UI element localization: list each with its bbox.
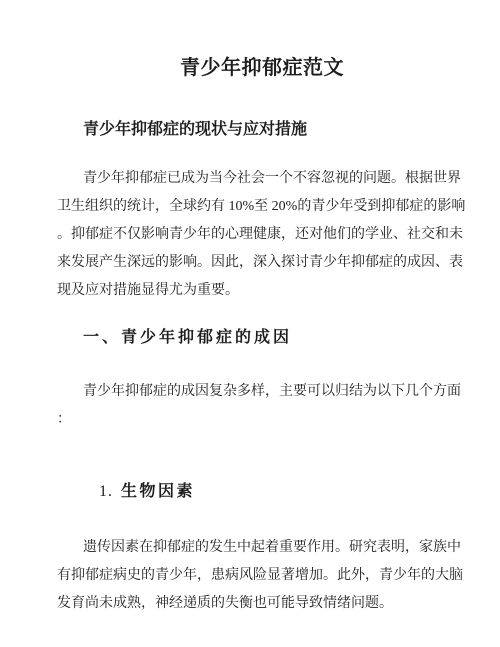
text-line: 青少年抑郁症的成因复杂多样，主要可以归结为以下几个方面	[57, 378, 500, 406]
intro-paragraph: 青少年抑郁症已成为当今社会一个不容忽视的问题。根据世界 卫生组织的统计，全球约有…	[57, 165, 500, 305]
subsection-heading-biological-factors: 1.生物因素	[57, 450, 500, 534]
text-line: 有抑郁症病史的青少年，患病风险显著增加。此外，青少年的大脑	[57, 562, 500, 590]
text-line: 发育尚未成熟，神经递质的失衡也可能导致情绪问题。	[57, 590, 500, 618]
text-line: 。抑郁症不仅影响青少年的心理健康，还对他们的学业、社交和未	[57, 221, 500, 249]
biological-factors-paragraph: 遗传因素在抑郁症的发生中起着重要作用。研究表明，家族中 有抑郁症病史的青少年，患…	[57, 534, 500, 618]
text-line: 青少年抑郁症已成为当今社会一个不容忽视的问题。根据世界	[57, 165, 500, 193]
text-line: 卫生组织的统计，全球约有 10%至 20%的青少年受到抑郁症的影响	[57, 193, 500, 221]
subsection-number: 1.	[99, 483, 113, 500]
text-line: 来发展产生深远的影响。因此，深入探讨青少年抑郁症的成因、表	[57, 249, 500, 277]
document-page: 青少年抑郁症范文 青少年抑郁症的现状与应对措施 青少年抑郁症已成为当今社会一个不…	[0, 0, 500, 647]
document-subtitle: 青少年抑郁症的现状与应对措施	[57, 116, 500, 144]
text-line: ：	[57, 406, 500, 434]
section-heading-causes: 一、青少年抑郁症的成因	[57, 324, 500, 352]
causes-lead-paragraph: 青少年抑郁症的成因复杂多样，主要可以归结为以下几个方面 ：	[57, 378, 500, 434]
text-line: 现及应对措施显得尤为重要。	[57, 277, 500, 305]
subsection-title: 生物因素	[121, 483, 195, 500]
document-title: 青少年抑郁症范文	[0, 53, 500, 83]
text-line: 遗传因素在抑郁症的发生中起着重要作用。研究表明，家族中	[57, 534, 500, 562]
